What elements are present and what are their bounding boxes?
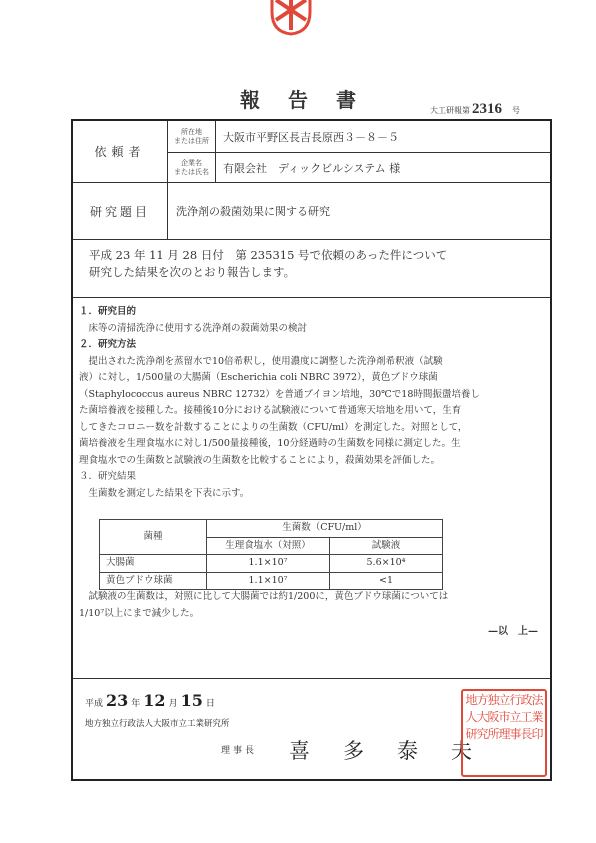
report-number: 大工研報第2316号 [430, 101, 520, 118]
section-2-line: してきたコロニー数を計数することによりの生菌数（CFU/ml）を測定した。対照と… [79, 420, 542, 437]
end-mark: —以 上— [488, 624, 538, 641]
footer: 平成23年12月15日 地方独立行政法人大阪市立工業研究所 理事長 喜 多 泰 … [73, 679, 550, 779]
report-number-value: 2316 [472, 101, 502, 117]
institution-emblem-seal-icon [268, 0, 314, 36]
section-3-intro: 生菌数を測定した結果を下表に示す。 [79, 486, 542, 503]
company-value: 有限会社 ディックビルシステム 様 [223, 152, 400, 183]
intro-line-1: 平成 23 年 11 月 28 日付 第 235315 号で依頼のあった件につい… [89, 247, 550, 264]
header-control: 生理食塩水（対照） [207, 537, 330, 555]
section-2-heading: ２．研究方法 [79, 337, 542, 354]
requester-row: 依頼者 所在地 または住所 大阪市平野区長吉長原西３－８－５ 企業名 または氏名… [73, 121, 550, 183]
section-3-conclusion-1: 試験液の生菌数は，対照に比して大腸菌では約1/200に，黄色ブドウ球菌については [79, 589, 542, 606]
report-body: １．研究目的 床等の清掃洗浄に使用する洗浄剤の殺菌効果の検討 ２．研究方法 提出… [73, 298, 550, 679]
official-seal-icon: 地方独立行政法人大阪市立工業研究所理事長印 [461, 689, 547, 777]
company-label: 企業名 または氏名 [168, 152, 216, 183]
subject-value: 洗浄剤の殺菌効果に関する研究 [176, 183, 330, 239]
cell-control: 1.1×10⁷ [207, 572, 330, 590]
issue-date: 平成23年12月15日 [85, 691, 215, 710]
requester-label: 依頼者 [73, 121, 168, 182]
section-3-heading: ３．研究結果 [79, 469, 542, 486]
cell-species: 大腸菌 [100, 555, 207, 573]
section-2-line: 液）に対し，1/500量の大腸菌（Escherichia coli NBRC 3… [79, 370, 542, 387]
address-label: 所在地 または住所 [168, 121, 216, 152]
header-species: 菌種 [100, 520, 207, 555]
cell-species: 黄色ブドウ球菌 [100, 572, 207, 590]
section-2-line: 菌培養液を生理食塩水に対し1/500量接種後，10分経過時の生菌数を同様に測定し… [79, 436, 542, 453]
report-frame: 依頼者 所在地 または住所 大阪市平野区長吉長原西３－８－５ 企業名 または氏名… [71, 119, 552, 781]
cell-test: 5.6×10⁴ [330, 555, 443, 573]
section-1-text: 床等の清掃洗浄に使用する洗浄剤の殺菌効果の検討 [79, 321, 542, 338]
intro-row: 平成 23 年 11 月 28 日付 第 235315 号で依頼のあった件につい… [73, 240, 550, 298]
section-2-line: （Staphylococcus aureus NBRC 12732）を普通ブイヨ… [79, 387, 542, 404]
section-2-line: 提出された洗浄剤を蒸留水で10倍希釈し，使用濃度に調整した洗浄剤希釈液（試験 [79, 354, 542, 371]
address-value: 大阪市平野区長吉長原西３－８－５ [223, 121, 399, 152]
results-table: 菌種 生菌数（CFU/ml） 生理食塩水（対照） 試験液 大腸菌 1.1×10⁷… [99, 519, 443, 590]
section-1-heading: １．研究目的 [79, 304, 542, 321]
organization-name: 地方独立行政法人大阪市立工業研究所 [85, 717, 230, 729]
cell-control: 1.1×10⁷ [207, 555, 330, 573]
section-2-line: た菌培養液を接種した。接種後10分における試験液について普通寒天培地を用いて，生… [79, 403, 542, 420]
section-2-line: 理食塩水での生菌数と試験液の生菌数を比較することにより，殺菌効果を評価した。 [79, 453, 542, 470]
header-cfu-group: 生菌数（CFU/ml） [207, 520, 443, 538]
header-test: 試験液 [330, 537, 443, 555]
table-row: 大腸菌 1.1×10⁷ 5.6×10⁴ [100, 555, 443, 573]
signatory-name: 喜 多 泰 夫 [289, 735, 478, 765]
intro-line-2: 研究した結果を次のとおり報告します。 [89, 264, 550, 281]
table-row: 黄色ブドウ球菌 1.1×10⁷ <1 [100, 572, 443, 590]
section-3-conclusion-2: 1/10⁷以上にまで減少した。 [79, 606, 542, 623]
cell-test: <1 [330, 572, 443, 590]
subject-label: 研究題目 [73, 183, 168, 239]
signatory-position: 理事長 [221, 743, 257, 756]
report-number-suffix: 号 [512, 106, 520, 115]
subject-row: 研究題目 洗浄剤の殺菌効果に関する研究 [73, 183, 550, 240]
report-number-prefix: 大工研報第 [430, 106, 470, 115]
